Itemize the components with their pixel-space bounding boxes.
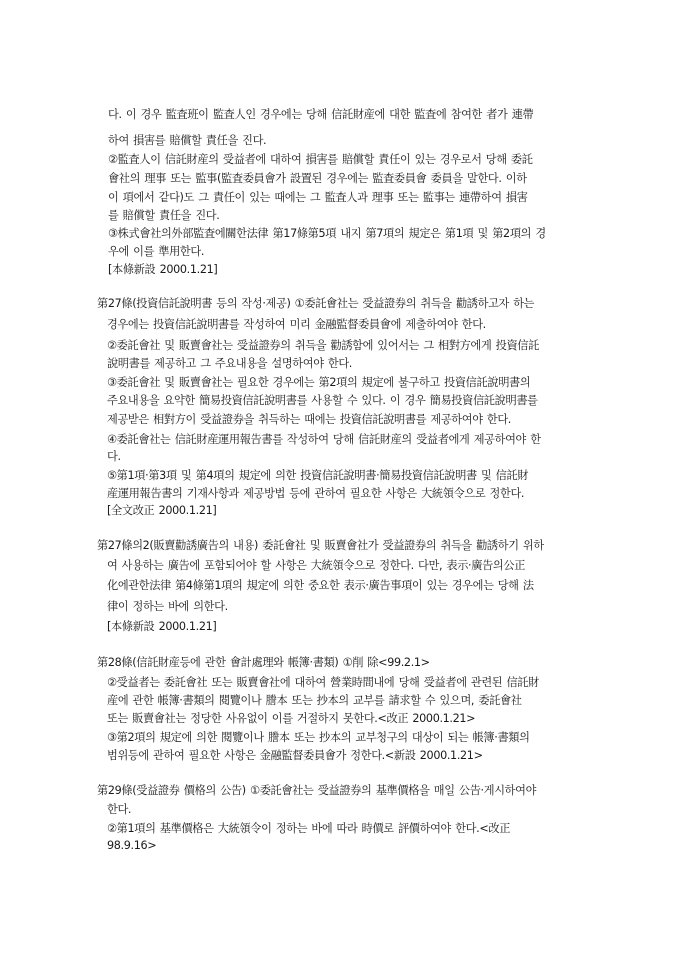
paragraph-2: ②受益者는 委託會社 또는 販賣會社에 대하여 營業時間내에 당해 受益者에 관… (107, 676, 539, 690)
article-heading: 第28條(信託財産등에 관한 會計處理와 帳簿·書類) ①削 除<99.2.1> (97, 656, 430, 670)
paragraph-4: ④委託會社는 信託財産運用報告書를 작성하여 당해 信託財産의 受益者에게 제공… (107, 433, 541, 447)
article-heading: 第27條(投資信託說明書 등의 작성·제공) ①委託會社는 受益證券의 취득을 … (97, 297, 534, 311)
article-heading: 第29條(受益證券 價格의 公告) ①委託會社는 受益證券의 基準價格을 매일 … (97, 784, 536, 798)
text-line: 98.9.16> (107, 839, 156, 853)
paragraph-5: ⑤第1項·第3項 및 第4項의 規定에 의한 投資信託說明書·簡易投資信託說明書… (107, 469, 528, 483)
text-line: 여 사용하는 廣告에 포함되어야 할 사항은 大統領令으로 정한다. 다만, 表… (107, 559, 525, 573)
paragraph-2: ②監査人이 信託財産의 受益者에 대하여 損害를 賠償할 責任이 있는 경우로서… (108, 153, 533, 167)
amendment-note: [本條新設 2000.1.21] (107, 620, 216, 634)
text-line: 주요내용을 요약한 簡易投資信託說明書를 사용할 수 있다. 이 경우 簡易投資… (107, 394, 538, 408)
text-line: 이 項에서 같다)도 그 責任이 있는 때에는 그 監査人과 理事 또는 監事는… (108, 191, 528, 205)
text-line: 하여 損害를 賠償할 責任을 진다. (108, 134, 266, 148)
text-line: 會社의 理事 또는 監事(監査委員會가 設置된 경우에는 監査委員會 委員을 말… (108, 172, 527, 186)
text-line: 우에 이를 準用한다. (108, 245, 204, 259)
amendment-note: [全文改正 2000.1.21] (107, 504, 216, 518)
paragraph-2: ②委託會社 및 販賣會社는 受益證券의 취득을 勸誘함에 있어서는 그 相對方에… (107, 339, 539, 353)
document-page: 다. 이 경우 監査班이 監査人인 경우에는 당해 信託財産에 대한 監査에 참… (0, 0, 680, 962)
paragraph-3: ③株式會社의外部監査에關한法律 第17條第5項 내지 第7項의 規定은 第1項 … (108, 227, 546, 241)
text-line: 産運用報告書의 기재사항과 제공방법 등에 관하여 필요한 사항은 大統領令으로… (107, 487, 524, 501)
text-line: 律이 정하는 바에 의한다. (107, 600, 228, 614)
paragraph-3: ③第2項의 規定에 의한 閱覽이나 謄本 또는 抄本의 교부청구의 대상이 되는… (107, 731, 530, 745)
text-line: 다. 이 경우 監査班이 監査人인 경우에는 당해 信託財産에 대한 監査에 참… (108, 108, 533, 122)
text-line: 化에관한法律 第4條第1項의 規定에 의한 중요한 表示·廣告事項이 있는 경우… (107, 579, 534, 593)
text-line: 또는 販賣會社는 정당한 사유없이 이를 거절하지 못한다.<改正 2000.1… (107, 712, 475, 726)
text-line: 범위등에 관하여 필요한 사항은 金融監督委員會가 정한다.<新設 2000.1… (107, 749, 483, 763)
paragraph-2: ②第1項의 基準價格은 大統領令이 정하는 바에 따라 時價로 評價하여야 한다… (107, 822, 510, 836)
text-line: 産에 관한 帳簿·書類의 閱覽이나 謄本 또는 抄本의 교부를 請求할 수 있으… (107, 694, 522, 708)
text-line: 說明書를 제공하고 그 주요내용을 설명하여야 한다. (107, 357, 352, 371)
amendment-note: [本條新設 2000.1.21] (108, 263, 217, 277)
text-line: 를 賠償할 責任을 진다. (108, 209, 219, 223)
text-line: 제공받은 相對方이 受益證券을 취득하는 때에는 投資信託說明書를 제공하여야 … (107, 413, 511, 427)
text-line: 경우에는 投資信託說明書를 작성하여 미리 金融監督委員會에 제출하여야 한다. (107, 318, 486, 332)
text-line: 다. (107, 450, 121, 464)
paragraph-3: ③委託會社 및 販賣會社는 필요한 경우에는 第2項의 規定에 불구하고 投資信… (107, 376, 530, 390)
article-heading: 第27條의2(販賣勸誘廣告의 내용) 委託會社 및 販賣會社가 受益證券의 취득… (97, 539, 544, 553)
text-line: 한다. (107, 803, 131, 817)
